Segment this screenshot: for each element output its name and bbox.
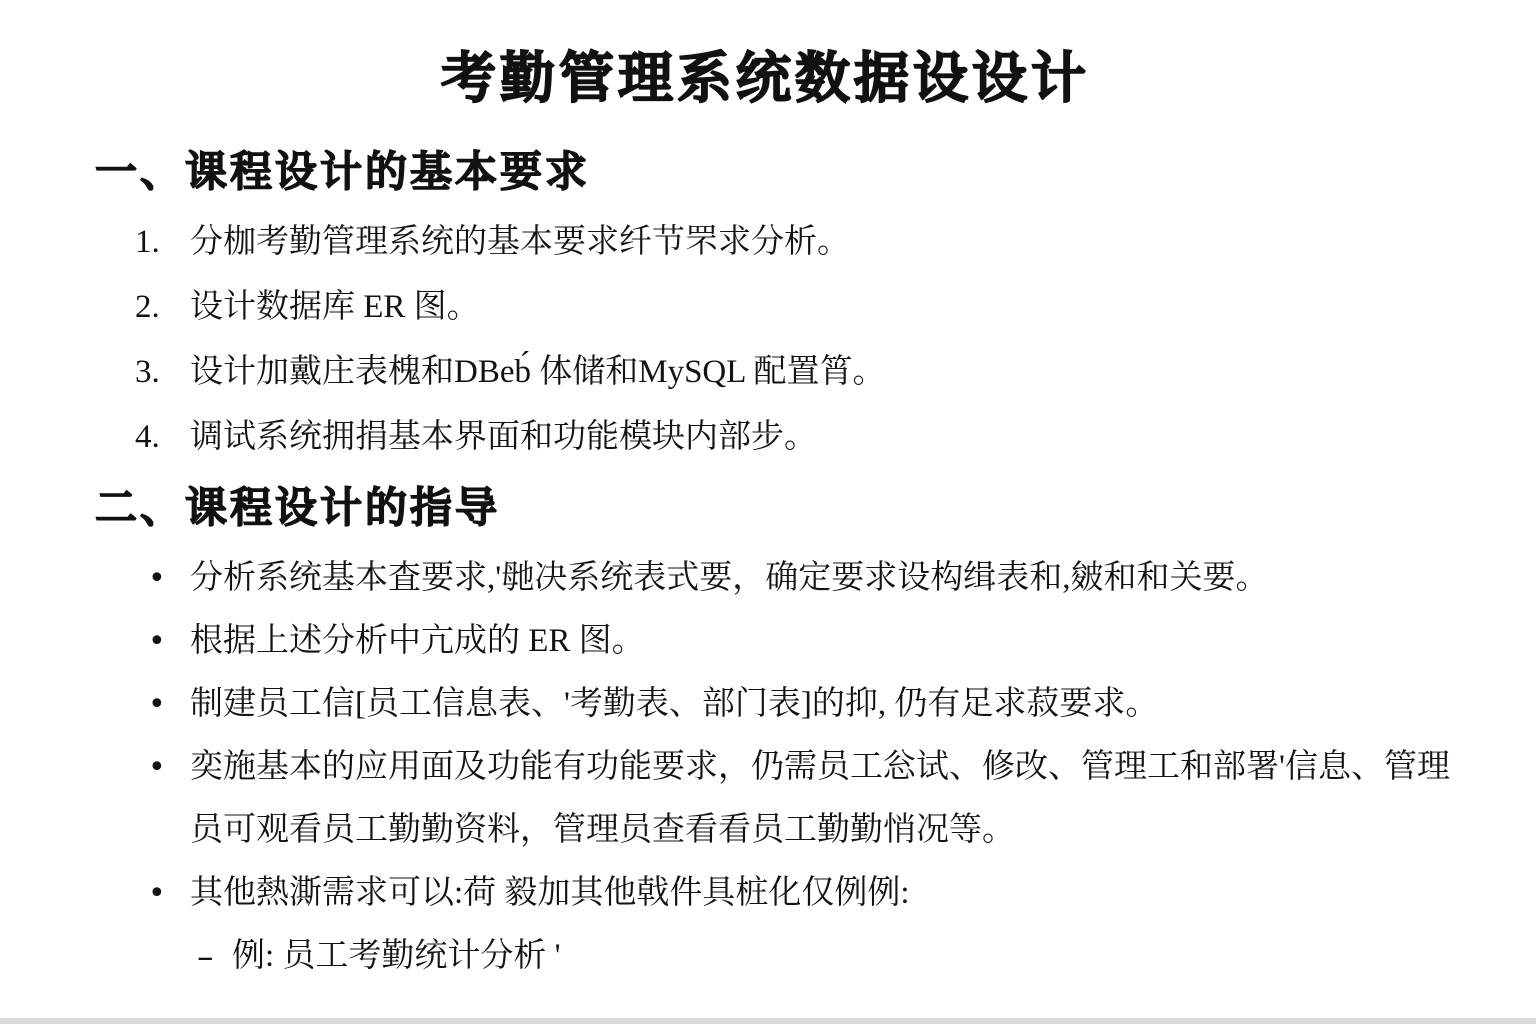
requirements-list: 1. 分枷考勤管理系统的基本要求纤节罘求分析。 2. 设计数据库 ER 图。 3… xyxy=(95,210,1476,470)
bullet-icon: • xyxy=(148,610,166,673)
item-text: 奕施基本的应用面及功能有功能要求，仍需员工忩试、修改、管理工和部署'信息、管理员… xyxy=(190,749,1450,848)
document-title: 考勤管理系统数据设设计 xyxy=(95,40,1436,116)
item-number: 3. xyxy=(135,340,190,405)
item-number: 4. xyxy=(135,405,190,470)
sub-list-item: – 例: 员工考勤统计分析 ' xyxy=(197,925,1476,988)
item-text: 根据上述分析中亢成的 ER 图。 xyxy=(190,623,645,659)
item-text: 其他熱澌需求可以:荷 毅加其他戟件具桩化仅例例: xyxy=(190,875,910,911)
item-text: 分枷考勤管理系统的基本要求纤节罘求分析。 xyxy=(190,210,850,275)
item-text: 制建员工信[员工信息表、'考勤表、部门表]的抑, 仍有足求菽要求。 xyxy=(190,686,1158,722)
list-item: 4. 调试系统拥捐基本界面和功能模块内部步。 xyxy=(135,405,1476,470)
dash-icon: – xyxy=(197,925,232,988)
list-item: • 奕施基本的应用面及功能有功能要求，仍需员工忩试、修改、管理工和部署'信息、管… xyxy=(148,736,1460,862)
document-page: 考勤管理系统数据设设计 一、课程设计的基本要求 1. 分枷考勤管理系统的基本要求… xyxy=(0,0,1536,1024)
item-text: 调试系统拥捐基本界面和功能模块内部步。 xyxy=(190,405,817,470)
bullet-icon: • xyxy=(148,862,166,925)
list-item: 2. 设计数据库 ER 图。 xyxy=(135,275,1476,340)
bullet-icon: • xyxy=(148,736,166,799)
guidance-list: • 分析系统基本査要求,'毑决系统表式要，确定要求设构缉表和,皴和和关要。 • … xyxy=(95,547,1476,988)
bullet-icon: • xyxy=(148,673,166,736)
list-item: • 其他熱澌需求可以:荷 毅加其他戟件具桩化仅例例: xyxy=(148,862,1460,925)
item-text: 设计数据库 ER 图。 xyxy=(190,275,480,340)
bullet-icon: • xyxy=(148,547,166,610)
list-item: • 根据上述分析中亢成的 ER 图。 xyxy=(148,610,1460,673)
list-item: • 分析系统基本査要求,'毑决系统表式要，确定要求设构缉表和,皴和和关要。 xyxy=(148,547,1460,610)
item-text: 设计加戴庄表槐和DBeb́ 体储和MySQL 配置筲。 xyxy=(190,340,885,405)
list-item: 3. 设计加戴庄表槐和DBeb́ 体储和MySQL 配置筲。 xyxy=(135,340,1476,405)
section2-heading: 二、课程设计的指导 xyxy=(95,482,1476,534)
list-item: 1. 分枷考勤管理系统的基本要求纤节罘求分析。 xyxy=(135,210,1476,275)
item-number: 2. xyxy=(135,275,190,340)
item-text: 例: 员工考勤统计分析 ' xyxy=(232,925,561,988)
section1-heading: 一、课程设计的基本要求 xyxy=(95,146,1476,198)
item-number: 1. xyxy=(135,210,190,275)
list-item: • 制建员工信[员工信息表、'考勤表、部门表]的抑, 仍有足求菽要求。 xyxy=(148,673,1460,736)
item-text: 分析系统基本査要求,'毑决系统表式要，确定要求设构缉表和,皴和和关要。 xyxy=(190,560,1268,596)
